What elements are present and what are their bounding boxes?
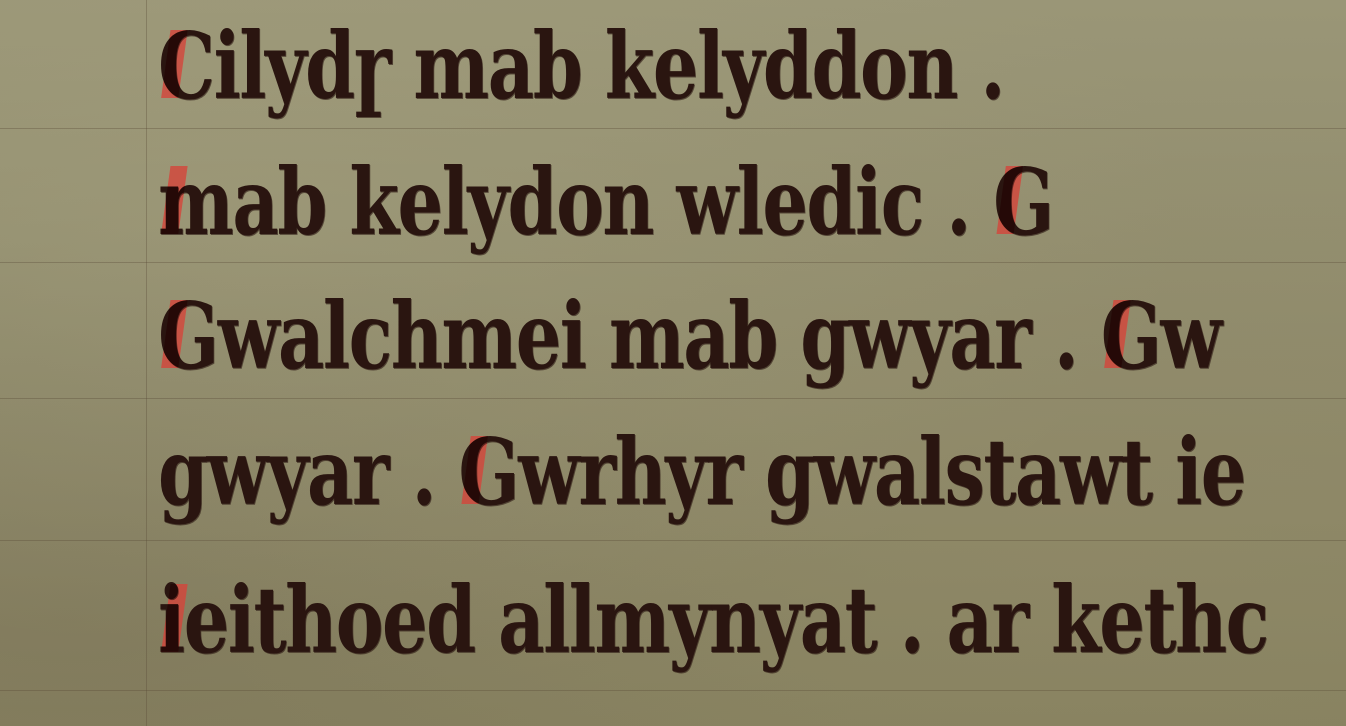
vertical-ruling-line [146, 0, 147, 726]
horizontal-ruling-line [0, 128, 1346, 129]
rubricated-initial: G [158, 282, 218, 390]
rubricated-initial: G [458, 418, 518, 526]
manuscript-line-4: gwyar . Gwrhyr gwalstawt ie [158, 418, 1245, 526]
horizontal-ruling-line [0, 398, 1346, 399]
line-text: gwyar . [158, 418, 435, 526]
rubricated-initial: Gw [1101, 282, 1221, 390]
line-text: eithoed allmyn [184, 566, 760, 674]
manuscript-line-1: Cilydɼ mab kelyddon . [158, 12, 1004, 120]
horizontal-ruling-line [0, 262, 1346, 263]
manuscript-line-3: Gwalchmei mab gwyar . Gw [158, 282, 1221, 390]
horizontal-ruling-line [0, 540, 1346, 541]
manuscript-line-5: ieithoed allmynyat . ar kethc [158, 566, 1268, 674]
line-text: yat . ar kethc [760, 566, 1268, 674]
horizontal-ruling-line [0, 690, 1346, 691]
line-text: walchmei mab gwyar . [218, 282, 1078, 390]
line-text: ab kelydon wledic . [232, 148, 969, 256]
line-text: wrhyr gwalstawt ie [518, 418, 1245, 526]
rubricated-initial: C [158, 12, 214, 120]
rubricated-initial: i [158, 566, 184, 674]
manuscript-leaf: Cilydɼ mab kelyddon . mab kelydon wledic… [0, 0, 1346, 726]
line-text: ilydɼ mab kelyddon . [214, 12, 1004, 120]
rubricated-initial: m [158, 148, 232, 256]
manuscript-line-2: mab kelydon wledic . G [158, 148, 1053, 256]
rubricated-initial: G [993, 148, 1053, 256]
